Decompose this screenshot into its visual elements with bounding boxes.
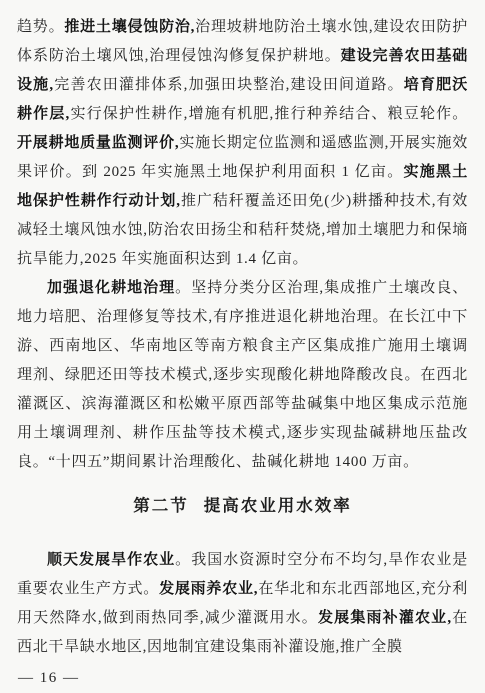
section-heading: 第二节提高农业用水效率: [17, 491, 468, 520]
text-run: 完善农田灌排体系,加强田块整治,建设田间道路。: [54, 77, 404, 93]
text-run: 。坚持分类分区治理,集成推广土壤改良、地力培肥、治理修复等技术,有序推进退化耕地…: [17, 280, 468, 470]
page-body: 趋势。推进土壤侵蚀防治,治理坡耕地防治土壤水蚀,建设农田防护体系防治土壤风蚀,治…: [17, 13, 468, 662]
paragraph-dryland-agriculture: 顺天发展旱作农业。我国水资源时空分布不均匀,旱作农业是重要农业生产方式。发展雨养…: [17, 546, 468, 662]
text-run: 趋势。: [17, 19, 64, 35]
page-number: — 16 —: [18, 670, 80, 686]
emphasis-text-run: 加强退化耕地治理: [47, 280, 175, 296]
section-title: 提高农业用水效率: [204, 496, 352, 515]
emphasis-text-run: 发展雨养农业,: [159, 581, 258, 597]
emphasis-text-run: 推进土壤侵蚀防治,: [64, 19, 195, 35]
emphasis-text-run: 发展集雨补灌农业,: [318, 610, 452, 626]
document-page: 趋势。推进土壤侵蚀防治,治理坡耕地防治土壤水蚀,建设农田防护体系防治土壤风蚀,治…: [0, 0, 485, 693]
text-run: 实行保护性耕作,增施有机肥,推行种养结合、粮豆轮作。: [70, 106, 468, 122]
emphasis-text-run: 开展耕地质量监测评价,: [17, 135, 179, 151]
section-number: 第二节: [133, 496, 189, 515]
emphasis-text-run: 顺天发展旱作农业: [47, 552, 175, 568]
paragraph-degraded-land: 加强退化耕地治理。坚持分类分区治理,集成推广土壤改良、地力培肥、治理修复等技术,…: [17, 274, 468, 477]
page-footer: — 16 —: [18, 668, 80, 688]
paragraph-soil-protection: 趋势。推进土壤侵蚀防治,治理坡耕地防治土壤水蚀,建设农田防护体系防治土壤风蚀,治…: [17, 13, 468, 274]
